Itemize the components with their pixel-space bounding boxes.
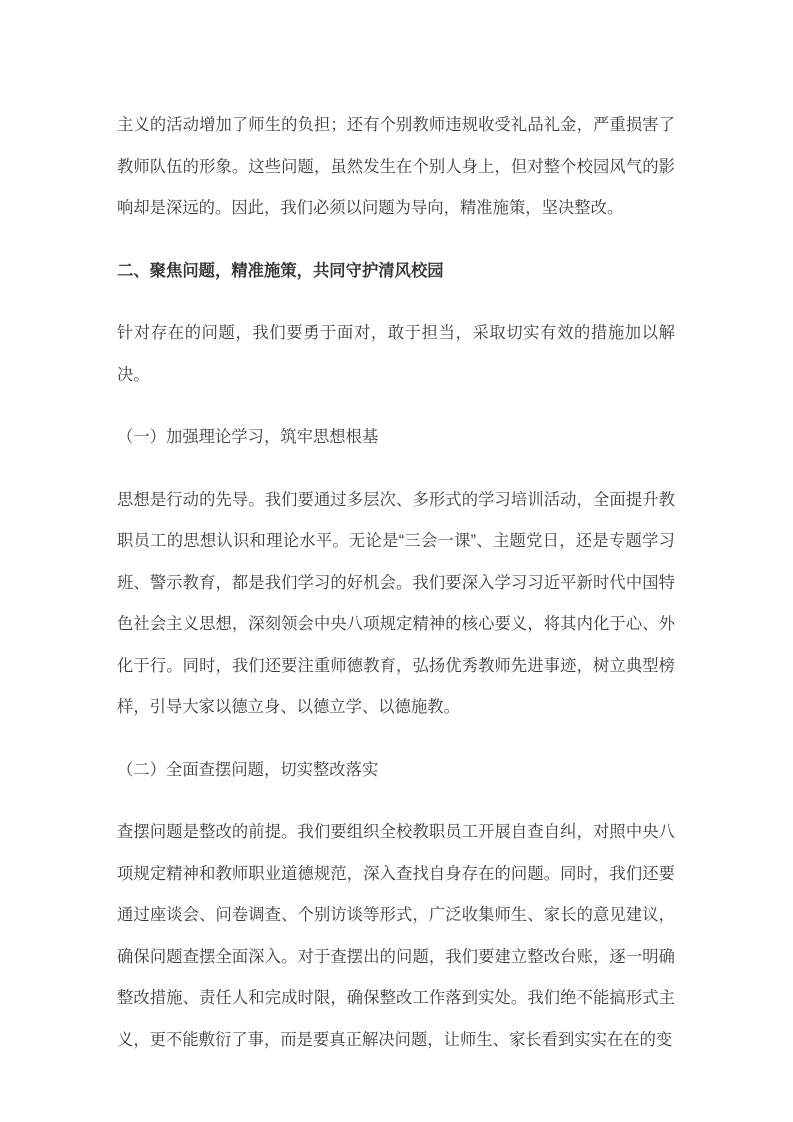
paragraph-theory-study: 思想是行动的先导。我们要通过多层次、多形式的学习培训活动，全面提升教职员工的思想… [117,480,675,729]
document-page: 主义的活动增加了师生的负担；还有个别教师违规收受礼品礼金，严重损害了教师队伍的形… [0,0,793,1122]
paragraph-problem-rectification: 查摆问题是整改的前提。我们要组织全校教职员工开展自查自纠，对照中央八项规定精神和… [117,812,675,1061]
subsection-heading-1: （一）加强理论学习，筑牢思想根基 [117,417,675,459]
section-heading: 二、聚焦问题，精准施策，共同守护清风校园 [117,251,675,293]
subsection-heading-2: （二）全面查摆问题，切实整改落实 [117,750,675,792]
paragraph-continuation: 主义的活动增加了师生的负担；还有个别教师违规收受礼品礼金，严重损害了教师队伍的形… [117,105,675,230]
paragraph-intro: 针对存在的问题，我们要勇于面对，敢于担当，采取切实有效的措施加以解决。 [117,313,675,396]
